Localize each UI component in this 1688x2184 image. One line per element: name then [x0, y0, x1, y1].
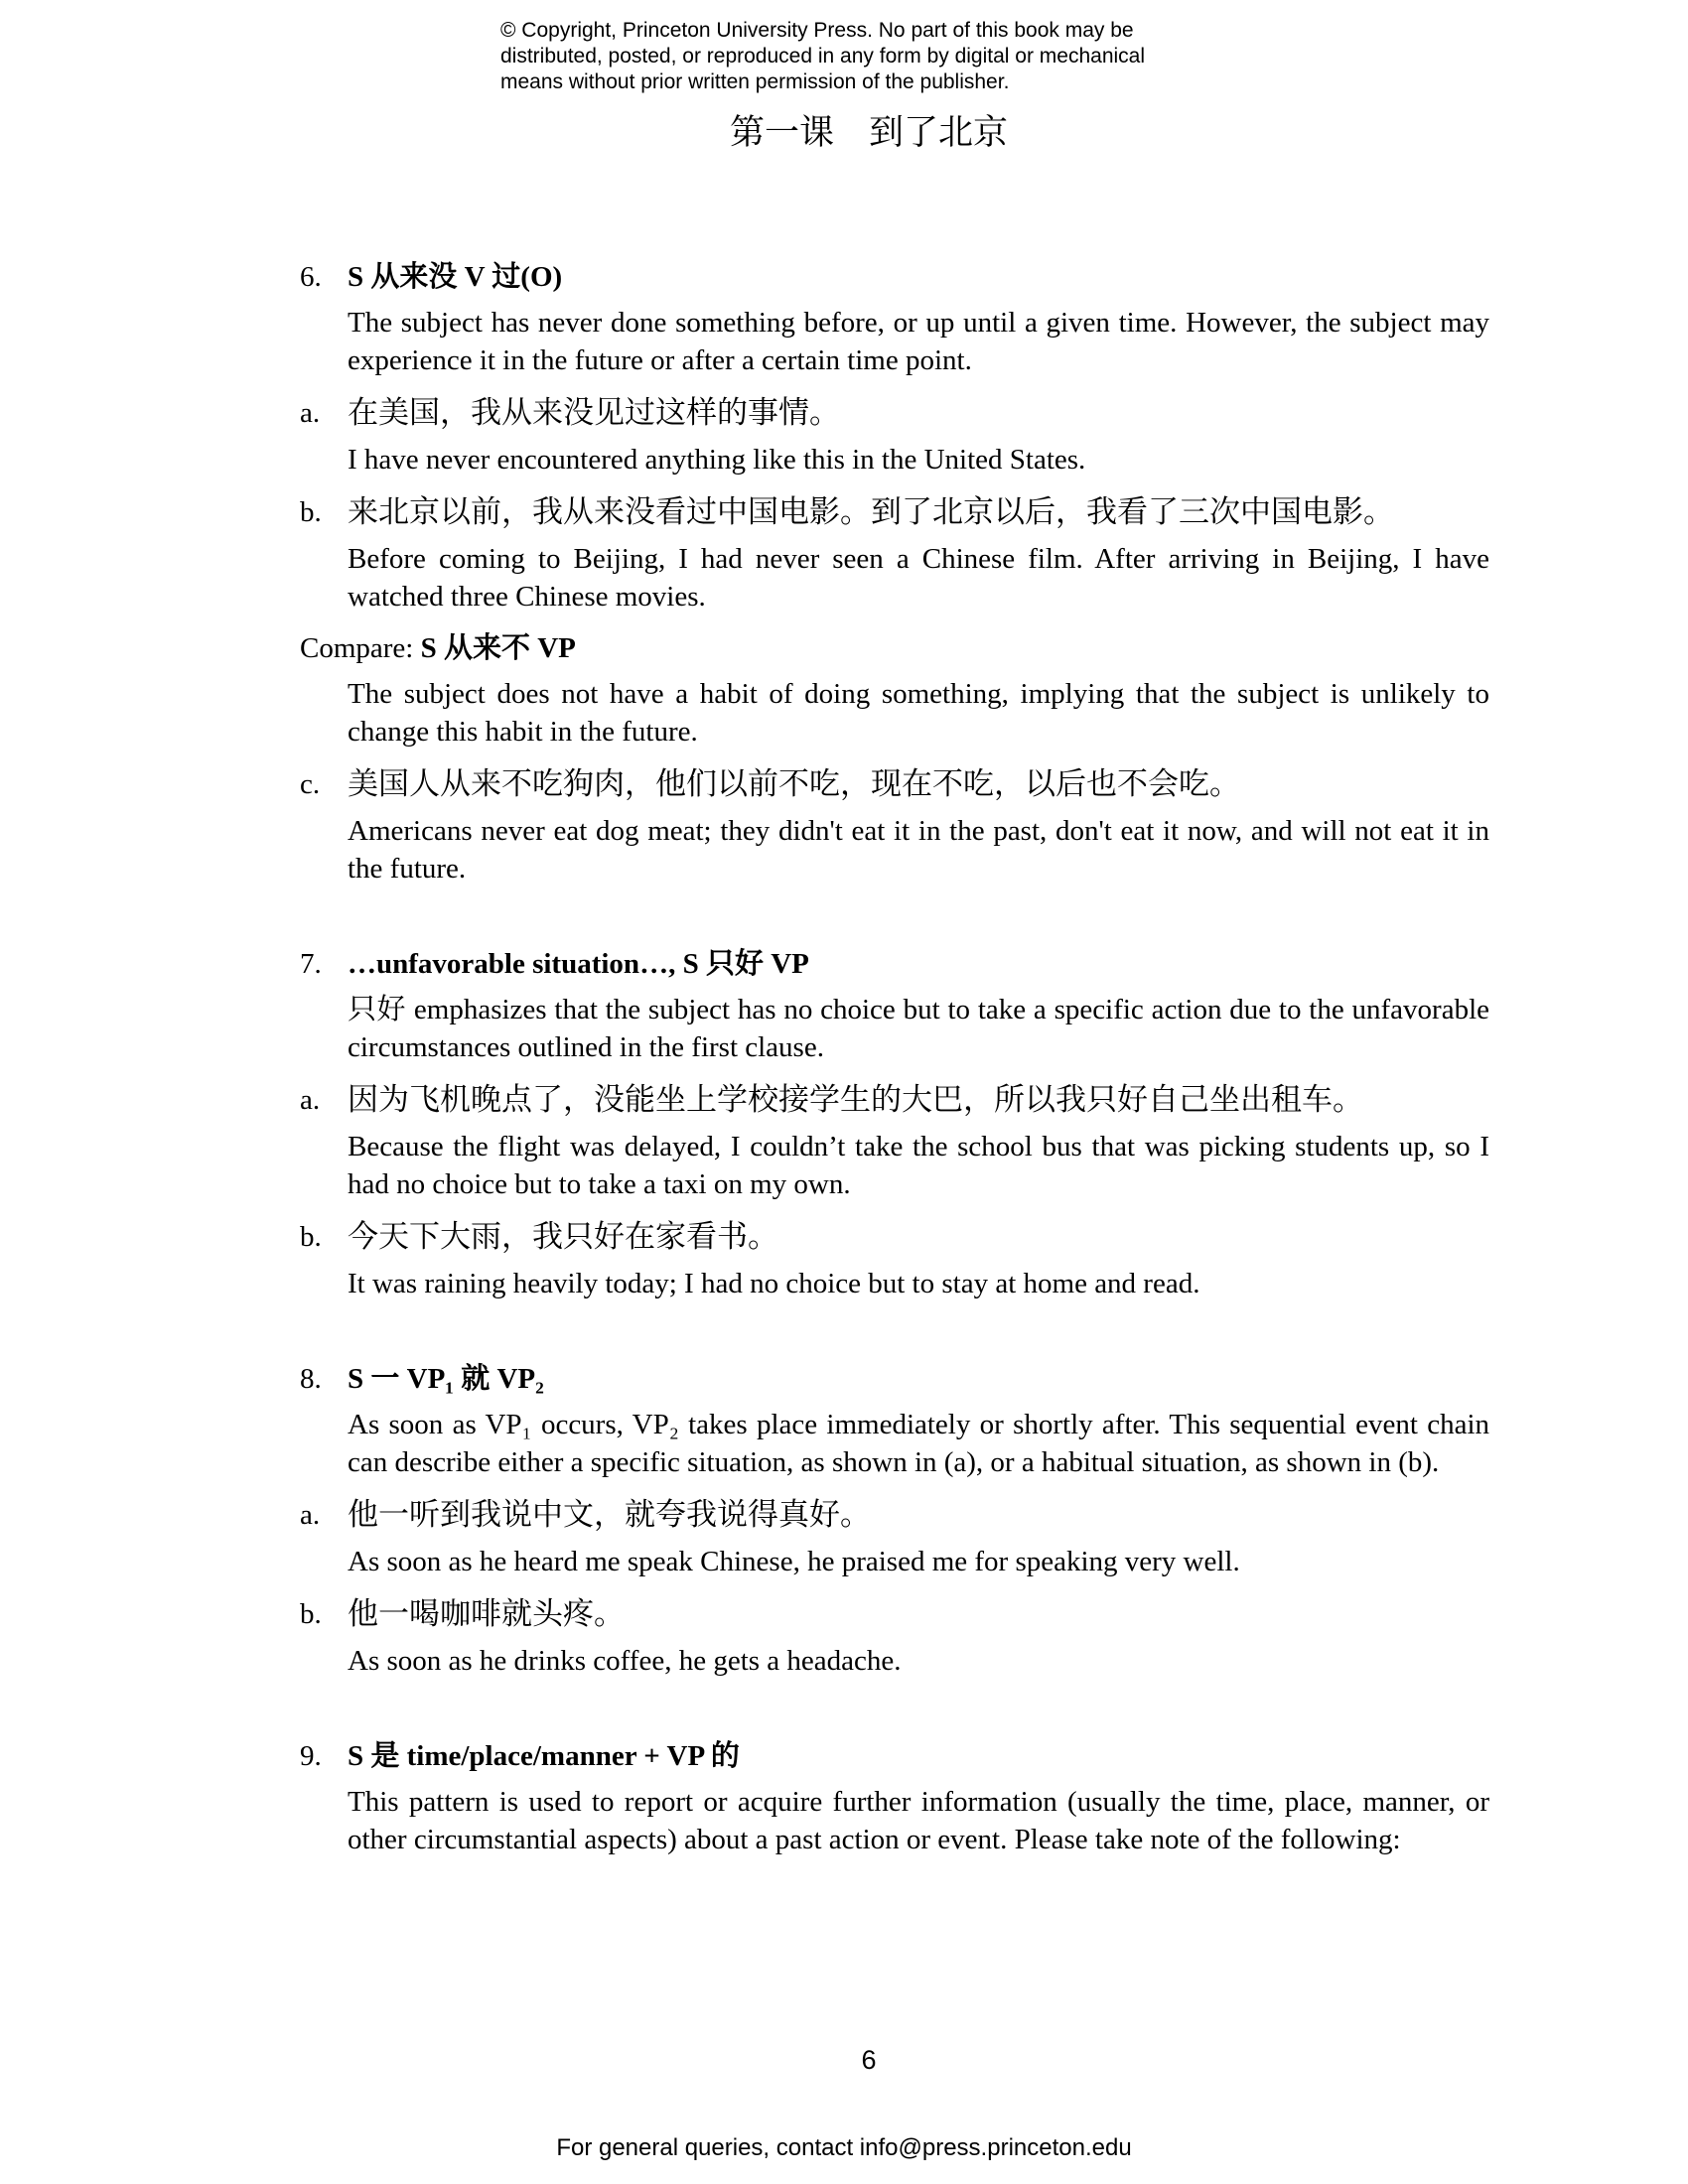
example-english-translation: Before coming to Beijing, I had never se… [348, 540, 1489, 615]
section-heading: 8.S 一 VP₁ 就 VP₂ [300, 1358, 1489, 1400]
example-label: b. [300, 488, 348, 536]
example-row: a.他一听到我说中文，就夸我说得真好。 [300, 1491, 1489, 1539]
section-pattern-title: S 是 time/place/manner + VP 的 [348, 1735, 740, 1777]
section-heading: 9.S 是 time/place/manner + VP 的 [300, 1735, 1489, 1777]
copyright-line-2: distributed, posted, or reproduced in an… [500, 44, 1145, 69]
example-chinese-sentence: 他一听到我说中文，就夸我说得真好。 [348, 1491, 871, 1539]
example-chinese-sentence: 来北京以前，我从来没看过中国电影。到了北京以后，我看了三次中国电影。 [348, 488, 1394, 536]
chapter-title: 第一课 到了北京 [50, 105, 1688, 155]
example-chinese-sentence: 因为飞机晚点了，没能坐上学校接学生的大巴，所以我只好自己坐出租车。 [348, 1076, 1363, 1124]
grammar-section-7: 7.…unfavorable situation…, S 只好 VP只好 emp… [300, 943, 1489, 1302]
explanation-paragraph: As soon as VP₁ occurs, VP₂ takes place i… [348, 1406, 1489, 1481]
example-row: a.在美国，我从来没见过这样的事情。 [300, 389, 1489, 437]
explanation-paragraph: The subject does not have a habit of doi… [348, 675, 1489, 751]
copyright-line-3: means without prior written permission o… [500, 69, 1145, 95]
example-row: b.他一喝咖啡就头疼。 [300, 1590, 1489, 1638]
example-row: c.美国人从来不吃狗肉，他们以前不吃，现在不吃，以后也不会吃。 [300, 760, 1489, 808]
grammar-section-9: 9.S 是 time/place/manner + VP 的This patte… [300, 1735, 1489, 1858]
section-heading: 7.…unfavorable situation…, S 只好 VP [300, 943, 1489, 985]
document-page: © Copyright, Princeton University Press.… [0, 0, 1688, 2184]
example-chinese-sentence: 他一喝咖啡就头疼。 [348, 1590, 625, 1638]
example-chinese-sentence: 在美国，我从来没见过这样的事情。 [348, 389, 840, 437]
example-english-translation: It was raining heavily today; I had no c… [348, 1265, 1489, 1302]
section-number: 7. [300, 943, 348, 985]
example-label: b. [300, 1590, 348, 1638]
grammar-section-6: 6.S 从来没 V 过(O)The subject has never done… [300, 256, 1489, 887]
section-pattern-title: S 从来没 V 过(O) [348, 256, 562, 298]
example-english-translation: As soon as he drinks coffee, he gets a h… [348, 1642, 1489, 1680]
example-row: b.来北京以前，我从来没看过中国电影。到了北京以后，我看了三次中国电影。 [300, 488, 1489, 536]
example-label: a. [300, 389, 348, 437]
example-english-translation: As soon as he heard me speak Chinese, he… [348, 1543, 1489, 1580]
section-number: 6. [300, 256, 348, 298]
example-english-translation: Americans never eat dog meat; they didn'… [348, 812, 1489, 887]
section-heading: 6.S 从来没 V 过(O) [300, 256, 1489, 298]
example-row: b.今天下大雨，我只好在家看书。 [300, 1213, 1489, 1261]
example-chinese-sentence: 美国人从来不吃狗肉，他们以前不吃，现在不吃，以后也不会吃。 [348, 760, 1240, 808]
compare-pattern: S 从来不 VP [421, 632, 576, 664]
section-number: 9. [300, 1735, 348, 1777]
compare-prefix: Compare: [300, 632, 421, 664]
footer-contact: For general queries, contact info@press.… [0, 2134, 1688, 2162]
page-number: 6 [50, 2045, 1688, 2076]
example-english-translation: Because the flight was delayed, I couldn… [348, 1128, 1489, 1203]
grammar-section-8: 8.S 一 VP₁ 就 VP₂As soon as VP₁ occurs, VP… [300, 1358, 1489, 1680]
copyright-line-1: © Copyright, Princeton University Press.… [500, 18, 1145, 44]
copyright-notice: © Copyright, Princeton University Press.… [500, 18, 1145, 95]
compare-line: Compare: S 从来不 VP [300, 627, 1489, 669]
section-pattern-title: …unfavorable situation…, S 只好 VP [348, 943, 809, 985]
example-label: a. [300, 1076, 348, 1124]
example-label: a. [300, 1491, 348, 1539]
example-row: a.因为飞机晚点了，没能坐上学校接学生的大巴，所以我只好自己坐出租车。 [300, 1076, 1489, 1124]
section-number: 8. [300, 1358, 348, 1400]
example-english-translation: I have never encountered anything like t… [348, 441, 1489, 478]
explanation-paragraph: 只好 emphasizes that the subject has no ch… [348, 991, 1489, 1066]
example-chinese-sentence: 今天下大雨，我只好在家看书。 [348, 1213, 778, 1261]
section-pattern-title: S 一 VP₁ 就 VP₂ [348, 1358, 544, 1400]
explanation-paragraph: This pattern is used to report or acquir… [348, 1783, 1489, 1858]
example-label: c. [300, 760, 348, 808]
explanation-paragraph: The subject has never done something bef… [348, 304, 1489, 379]
example-label: b. [300, 1213, 348, 1261]
content: 6.S 从来没 V 过(O)The subject has never done… [300, 256, 1489, 1858]
